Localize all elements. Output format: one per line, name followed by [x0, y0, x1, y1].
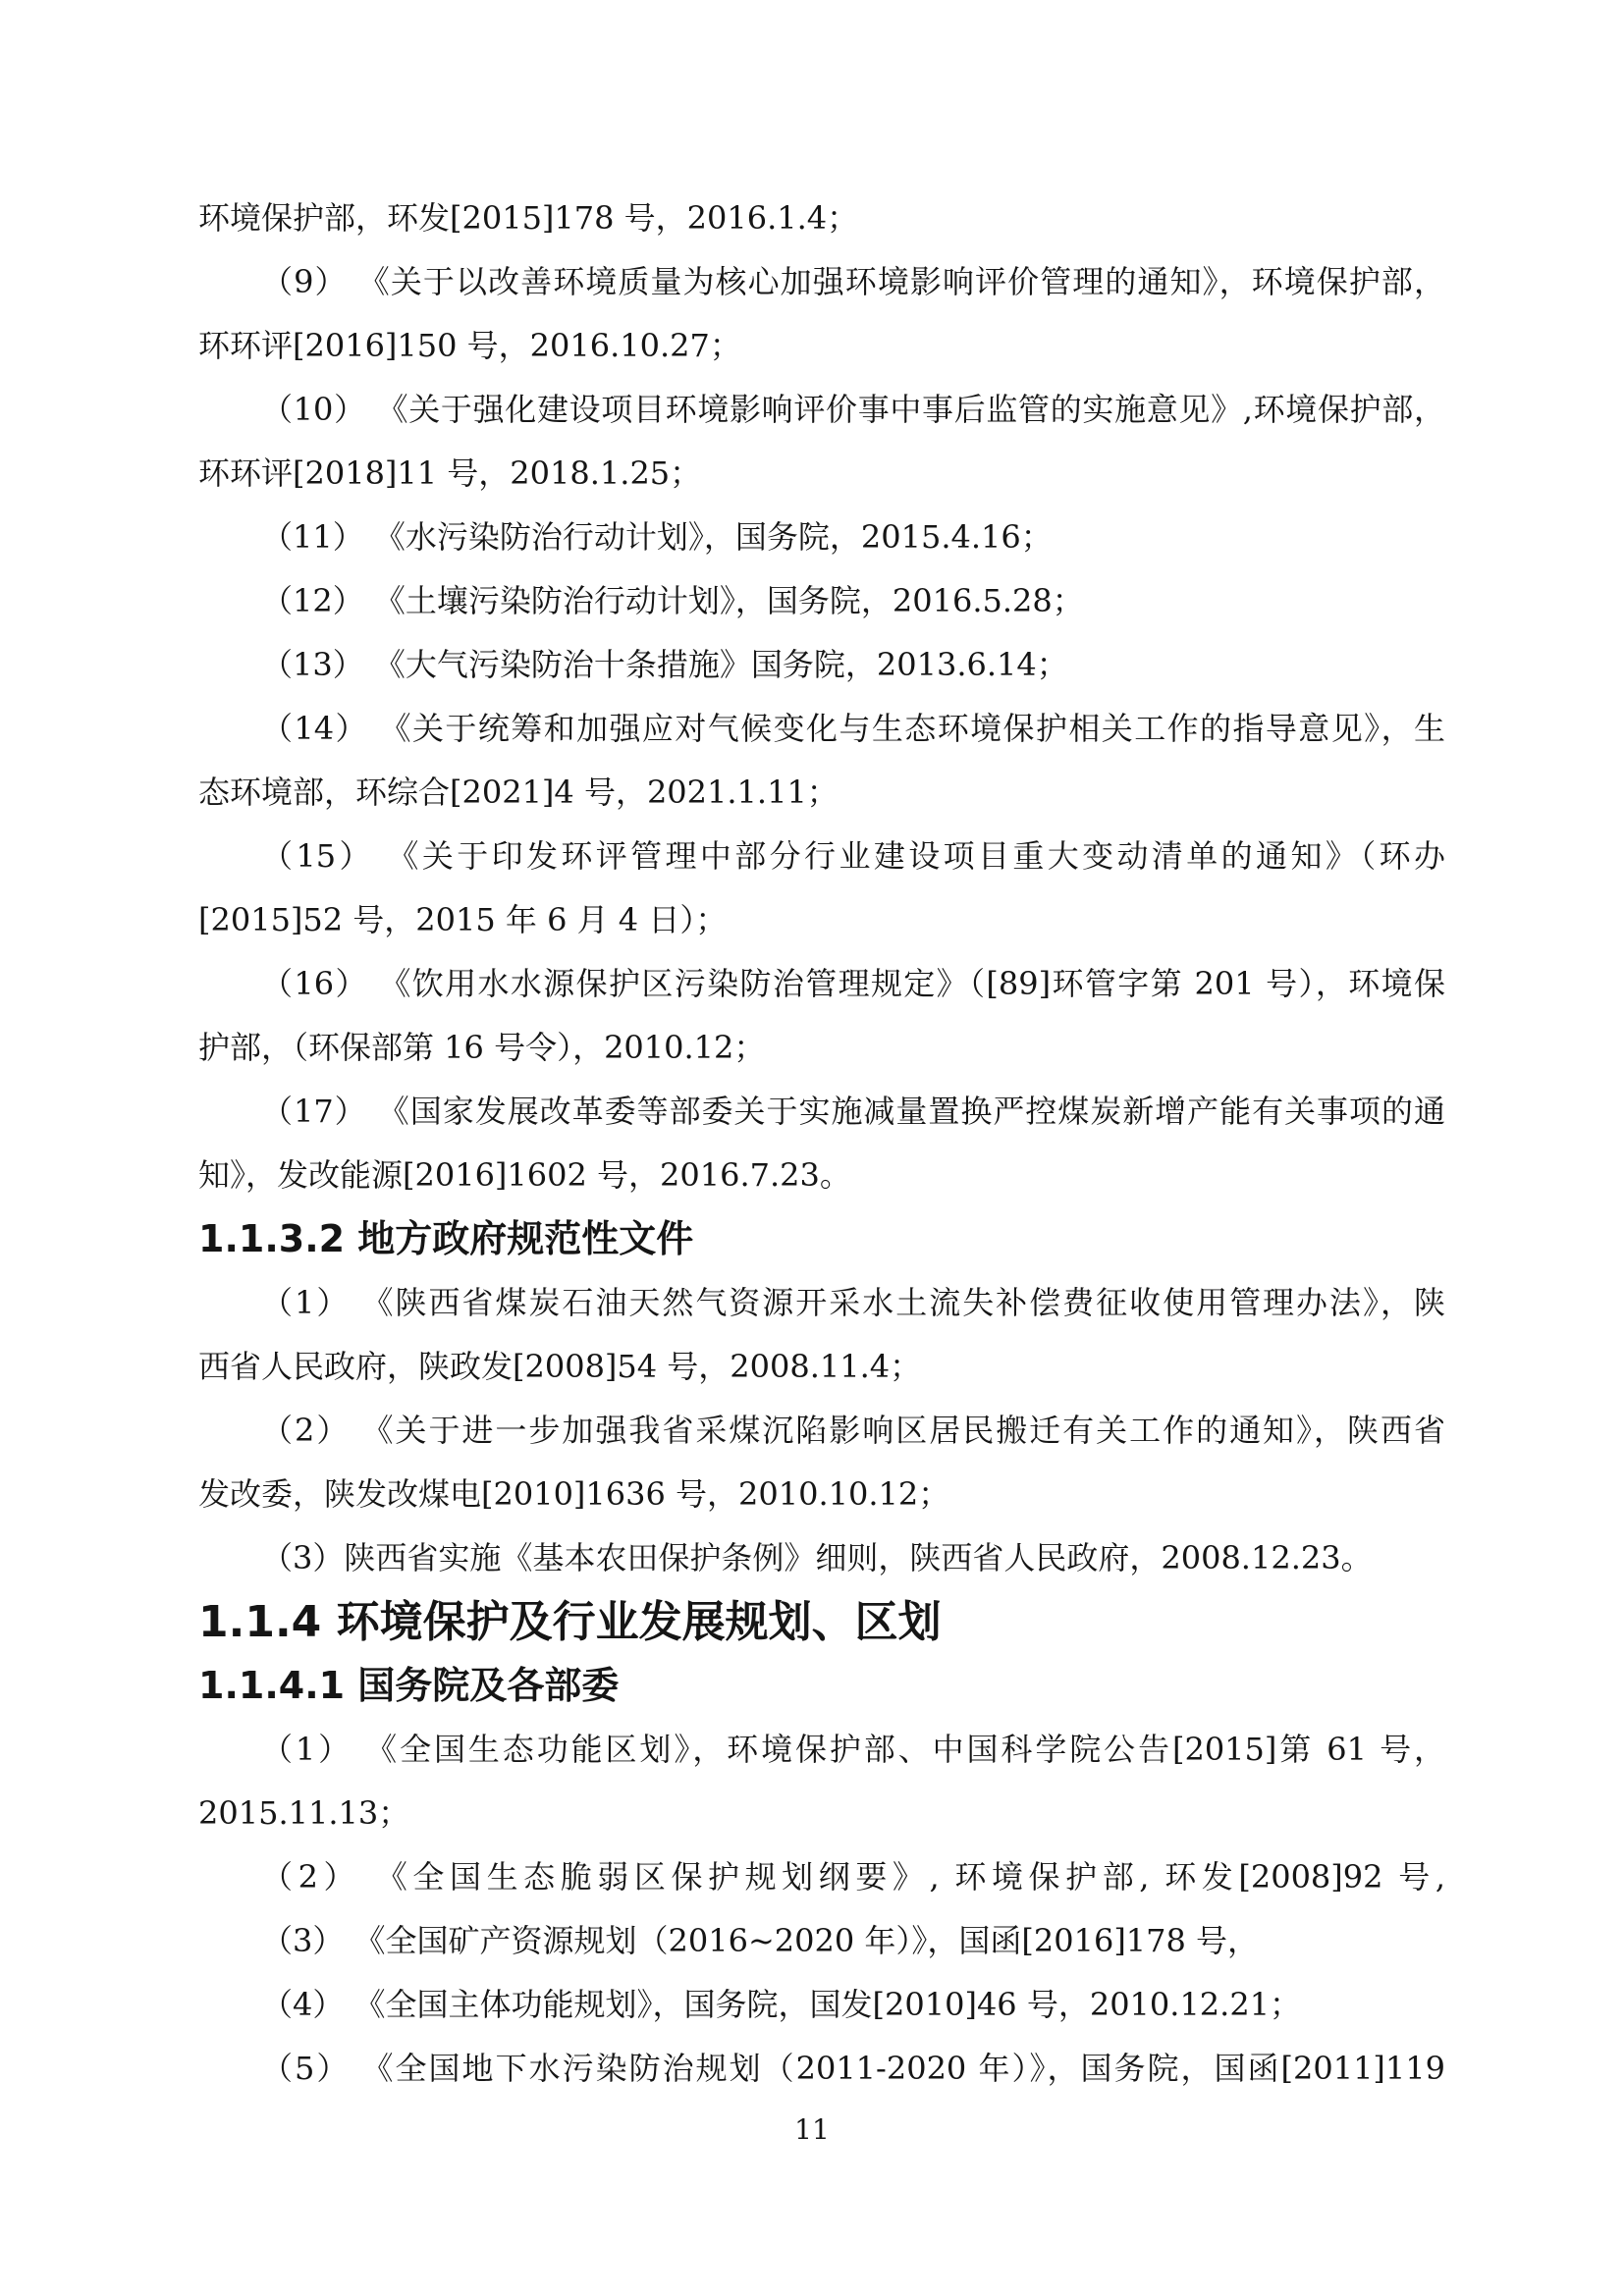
document-line: （17） 《国家发展改革委等部委关于实施减量置换严控煤炭新增产能有关事项的通: [198, 1080, 1445, 1144]
document-line: 态环境部，环综合[2021]4 号，2021.1.11；: [198, 761, 1445, 825]
document-page: 环境保护部，环发[2015]178 号，2016.1.4；（9） 《关于以改善环…: [0, 0, 1624, 2296]
document-line: （2） 《全国生态脆弱区保护规划纲要》, 环境保护部, 环发[2008]92 号…: [198, 1845, 1445, 1909]
document-line: 知》，发改能源[2016]1602 号，2016.7.23。: [198, 1144, 1445, 1207]
document-line: （16） 《饮用水水源保护区污染防治管理规定》（[89]环管字第 201 号），…: [198, 952, 1445, 1016]
document-line: [2015]52 号，2015 年 6 月 4 日）；: [198, 888, 1445, 952]
document-line: （13） 《大气污染防治十条措施》国务院，2013.6.14；: [198, 633, 1445, 697]
document-line: （15） 《关于印发环评管理中部分行业建设项目重大变动清单的通知》（环办: [198, 825, 1445, 888]
document-line: （3）陕西省实施《基本农田保护条例》细则，陕西省人民政府，2008.12.23。: [198, 1526, 1445, 1590]
document-line: 发改委，陕发改煤电[2010]1636 号，2010.10.12；: [198, 1463, 1445, 1526]
document-line: （14） 《关于统筹和加强应对气候变化与生态环境保护相关工作的指导意见》，生: [198, 697, 1445, 761]
document-line: 2015.11.13；: [198, 1782, 1445, 1845]
document-line: 环境保护部，环发[2015]178 号，2016.1.4；: [198, 187, 1445, 250]
document-body: 环境保护部，环发[2015]178 号，2016.1.4；（9） 《关于以改善环…: [198, 187, 1445, 2101]
document-line: 西省人民政府，陕政发[2008]54 号，2008.11.4；: [198, 1335, 1445, 1399]
document-line: （1） 《全国生态功能区划》，环境保护部、中国科学院公告[2015]第 61 号…: [198, 1718, 1445, 1782]
document-line: （10） 《关于强化建设项目环境影响评价事中事后监管的实施意见》,环境保护部，: [198, 378, 1445, 442]
document-line: （11） 《水污染防治行动计划》，国务院，2015.4.16；: [198, 506, 1445, 569]
document-line: （4） 《全国主体功能规划》，国务院，国发[2010]46 号，2010.12.…: [198, 1973, 1445, 2037]
document-line: 1.1.4 环境保护及行业发展规划、区划: [198, 1590, 1445, 1654]
document-line: （3） 《全国矿产资源规划（2016~2020 年）》，国函[2016]178 …: [198, 1909, 1445, 1973]
page-number: 11: [794, 2113, 830, 2146]
document-line: （2） 《关于进一步加强我省采煤沉陷影响区居民搬迁有关工作的通知》，陕西省: [198, 1399, 1445, 1463]
document-line: （5） 《全国地下水污染防治规划（2011-2020 年）》，国务院，国函[20…: [198, 2037, 1445, 2101]
page-footer: 11: [0, 2110, 1624, 2150]
document-line: 1.1.3.2 地方政府规范性文件: [198, 1207, 1445, 1271]
document-line: 护部，（环保部第 16 号令），2010.12；: [198, 1016, 1445, 1080]
document-line: 1.1.4.1 国务院及各部委: [198, 1654, 1445, 1718]
document-line: （12） 《土壤污染防治行动计划》，国务院，2016.5.28；: [198, 569, 1445, 633]
document-line: （1） 《陕西省煤炭石油天然气资源开采水土流失补偿费征收使用管理办法》，陕: [198, 1271, 1445, 1335]
document-line: （9） 《关于以改善环境质量为核心加强环境影响评价管理的通知》，环境保护部，: [198, 250, 1445, 314]
document-line: 环环评[2018]11 号，2018.1.25；: [198, 442, 1445, 506]
document-line: 环环评[2016]150 号，2016.10.27；: [198, 314, 1445, 378]
